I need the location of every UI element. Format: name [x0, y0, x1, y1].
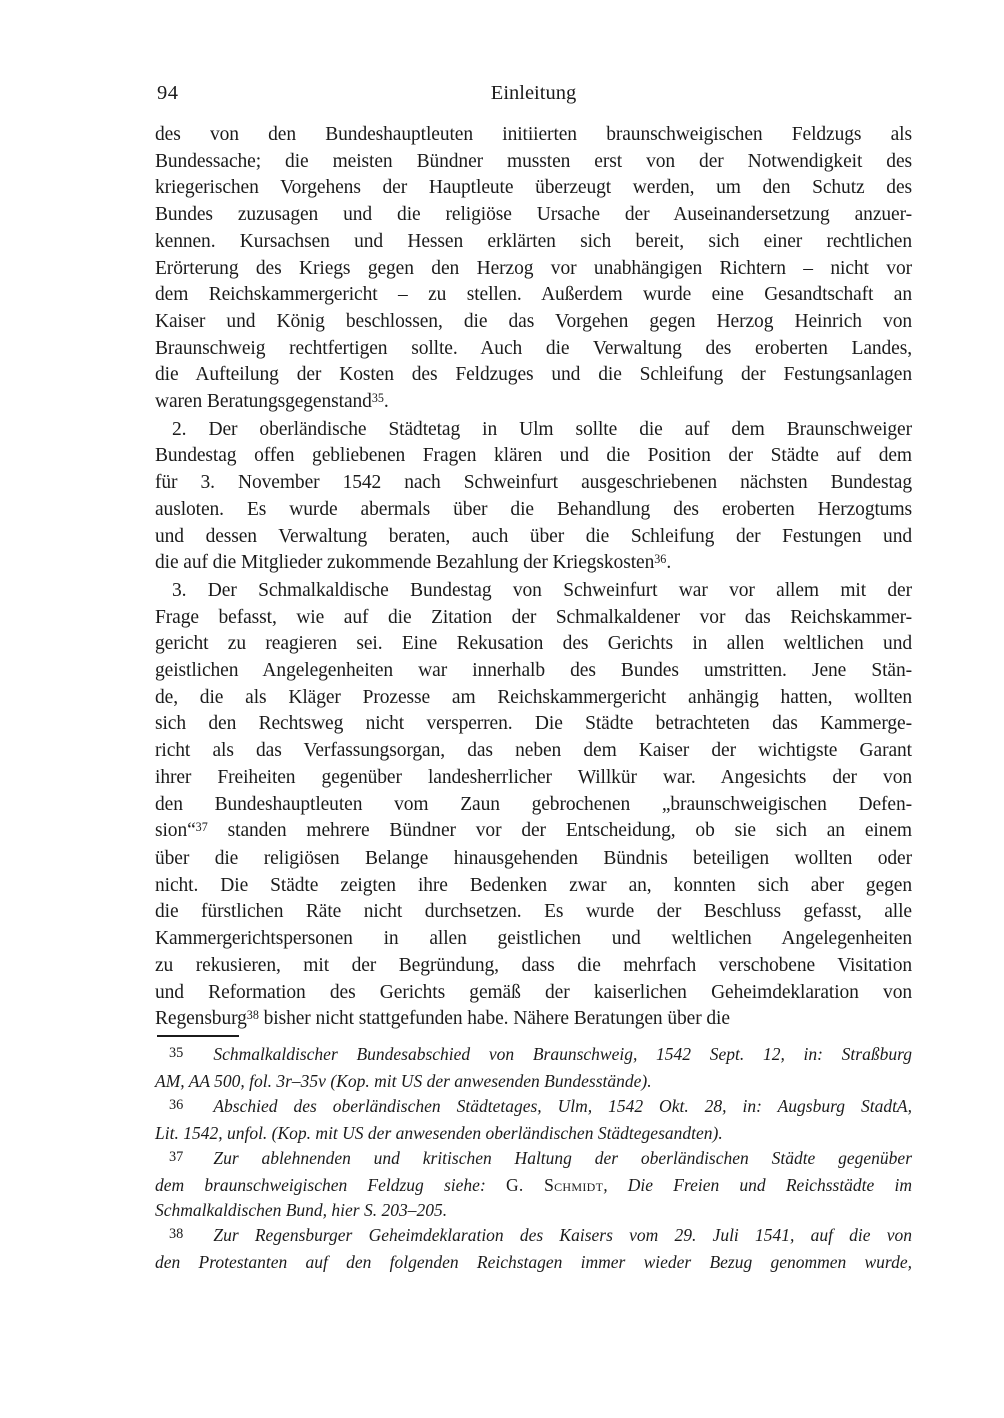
body-line: waren Beratungsgegenstand35. [155, 389, 912, 417]
footnote-number: 38 [169, 1226, 183, 1242]
body-line: geistlichen Angelegenheiten war innerhal… [155, 658, 912, 685]
footnote-separator-rule [157, 1035, 239, 1037]
body-line: zu rekusieren, mit der Begründung, dass … [155, 953, 912, 980]
body-line: ausloten. Es wurde abermals über die Beh… [155, 497, 912, 524]
body-line: 3. Der Schmalkaldische Bundestag von Sch… [155, 578, 912, 605]
body-line: den Bundeshauptleuten vom Zaun gebrochen… [155, 792, 912, 819]
body-paragraph: 2. Der oberländische Städtetag in Ulm so… [155, 417, 912, 578]
footnotes-section: 35Schmalkaldischer Bundesabschied von Br… [155, 1035, 912, 1275]
body-line: die auf die Mitglieder zukommende Bezahl… [155, 550, 912, 578]
body-line: Regensburg38 bisher nicht stattgefunden … [155, 1006, 912, 1034]
body-line: Braunschweig rechtfertigen sollte. Auch … [155, 336, 912, 363]
body-line: nicht. Die Städte zeigten ihre Bedenken … [155, 873, 912, 900]
body-line: 2. Der oberländische Städtetag in Ulm so… [155, 417, 912, 444]
body-line: sich den Rechtsweg nicht versperren. Die… [155, 711, 912, 738]
footnote-line: 38Zur Regensburger Geheimdeklaration des… [155, 1223, 912, 1250]
body-paragraph: des von den Bundeshauptleuten initiierte… [155, 122, 912, 417]
footnote-line: 35Schmalkaldischer Bundesabschied von Br… [155, 1042, 912, 1069]
body-line: Bundessache; die meisten Bündner mussten… [155, 149, 912, 176]
footnote-number: 36 [169, 1097, 183, 1113]
body-text: des von den Bundeshauptleuten initiierte… [155, 122, 912, 1034]
footnote-item: 37Zur ablehnenden und kritischen Haltung… [155, 1146, 912, 1223]
footnote-item: 35Schmalkaldischer Bundesabschied von Br… [155, 1042, 912, 1094]
footnote-block: 35Schmalkaldischer Bundesabschied von Br… [155, 1042, 912, 1275]
body-line: richt als das Verfassungsorgan, das nebe… [155, 738, 912, 765]
footnote-ref: 38 [247, 1008, 259, 1022]
book-page: 94 Einleitung des von den Bundeshauptleu… [0, 0, 1004, 1418]
running-header-title: Einleitung [155, 80, 912, 106]
footnote-line: AM, AA 500, fol. 3r–35v (Kop. mit US der… [155, 1069, 912, 1094]
footnote-line: Lit. 1542, unfol. (Kop. mit US der anwes… [155, 1121, 912, 1146]
body-line: die fürstlichen Räte nicht durchsetzen. … [155, 899, 912, 926]
footnote-line: den Protestanten auf den folgenden Reich… [155, 1250, 912, 1275]
body-line: kennen. Kursachsen und Hessen erklärten … [155, 229, 912, 256]
text-block: 94 Einleitung des von den Bundeshauptleu… [155, 80, 912, 1275]
footnote-number: 35 [169, 1045, 183, 1061]
body-line: kriegerischen Vorgehens der Hauptleute ü… [155, 175, 912, 202]
body-line: Kaiser und König beschlossen, die das Vo… [155, 309, 912, 336]
body-line: Erörterung des Kriegs gegen den Herzog v… [155, 256, 912, 283]
smallcaps-name: G. Schmidt [506, 1175, 603, 1195]
body-line: gericht zu reagieren sei. Eine Rekusatio… [155, 631, 912, 658]
body-paragraph: 3. Der Schmalkaldische Bundestag von Sch… [155, 578, 912, 1034]
page-number: 94 [157, 80, 179, 106]
body-line: ihrer Freiheiten gegenüber landesherrlic… [155, 765, 912, 792]
body-line: für 3. November 1542 nach Schweinfurt au… [155, 470, 912, 497]
body-line: die Aufteilung der Kosten des Feldzuges … [155, 362, 912, 389]
footnote-item: 38Zur Regensburger Geheimdeklaration des… [155, 1223, 912, 1275]
body-line: Frage befasst, wie auf die Zitation der … [155, 605, 912, 632]
body-line: des von den Bundeshauptleuten initiierte… [155, 122, 912, 149]
footnote-line: Schmalkaldischen Bund, hier S. 203–205. [155, 1198, 912, 1223]
footnote-ref: 37 [196, 820, 208, 834]
body-line: dem Reichskammergericht – zu stellen. Au… [155, 282, 912, 309]
running-head: 94 Einleitung [155, 80, 912, 106]
body-line: über die religiösen Belange hinausgehend… [155, 846, 912, 873]
footnote-ref: 35 [372, 391, 384, 405]
body-line: und dessen Verwaltung beraten, auch über… [155, 524, 912, 551]
body-line: Kammergerichtspersonen in allen geistlic… [155, 926, 912, 953]
footnote-line: dem braunschweigischen Feldzug siehe: G.… [155, 1173, 912, 1198]
footnote-ref: 36 [654, 552, 666, 566]
footnote-item: 36Abschied des oberländischen Städtetage… [155, 1094, 912, 1146]
footnote-line: 37Zur ablehnenden und kritischen Haltung… [155, 1146, 912, 1173]
footnote-number: 37 [169, 1149, 183, 1165]
body-line: Bundes zuzusagen und die religiöse Ursac… [155, 202, 912, 229]
body-line: de, die als Kläger Prozesse am Reichskam… [155, 685, 912, 712]
body-line: und Reformation des Gerichts gemäß der k… [155, 980, 912, 1007]
footnote-line: 36Abschied des oberländischen Städtetage… [155, 1094, 912, 1121]
body-line: sion“37 standen mehrere Bündner vor der … [155, 818, 912, 846]
body-line: Bundestag offen gebliebenen Fragen kläre… [155, 443, 912, 470]
